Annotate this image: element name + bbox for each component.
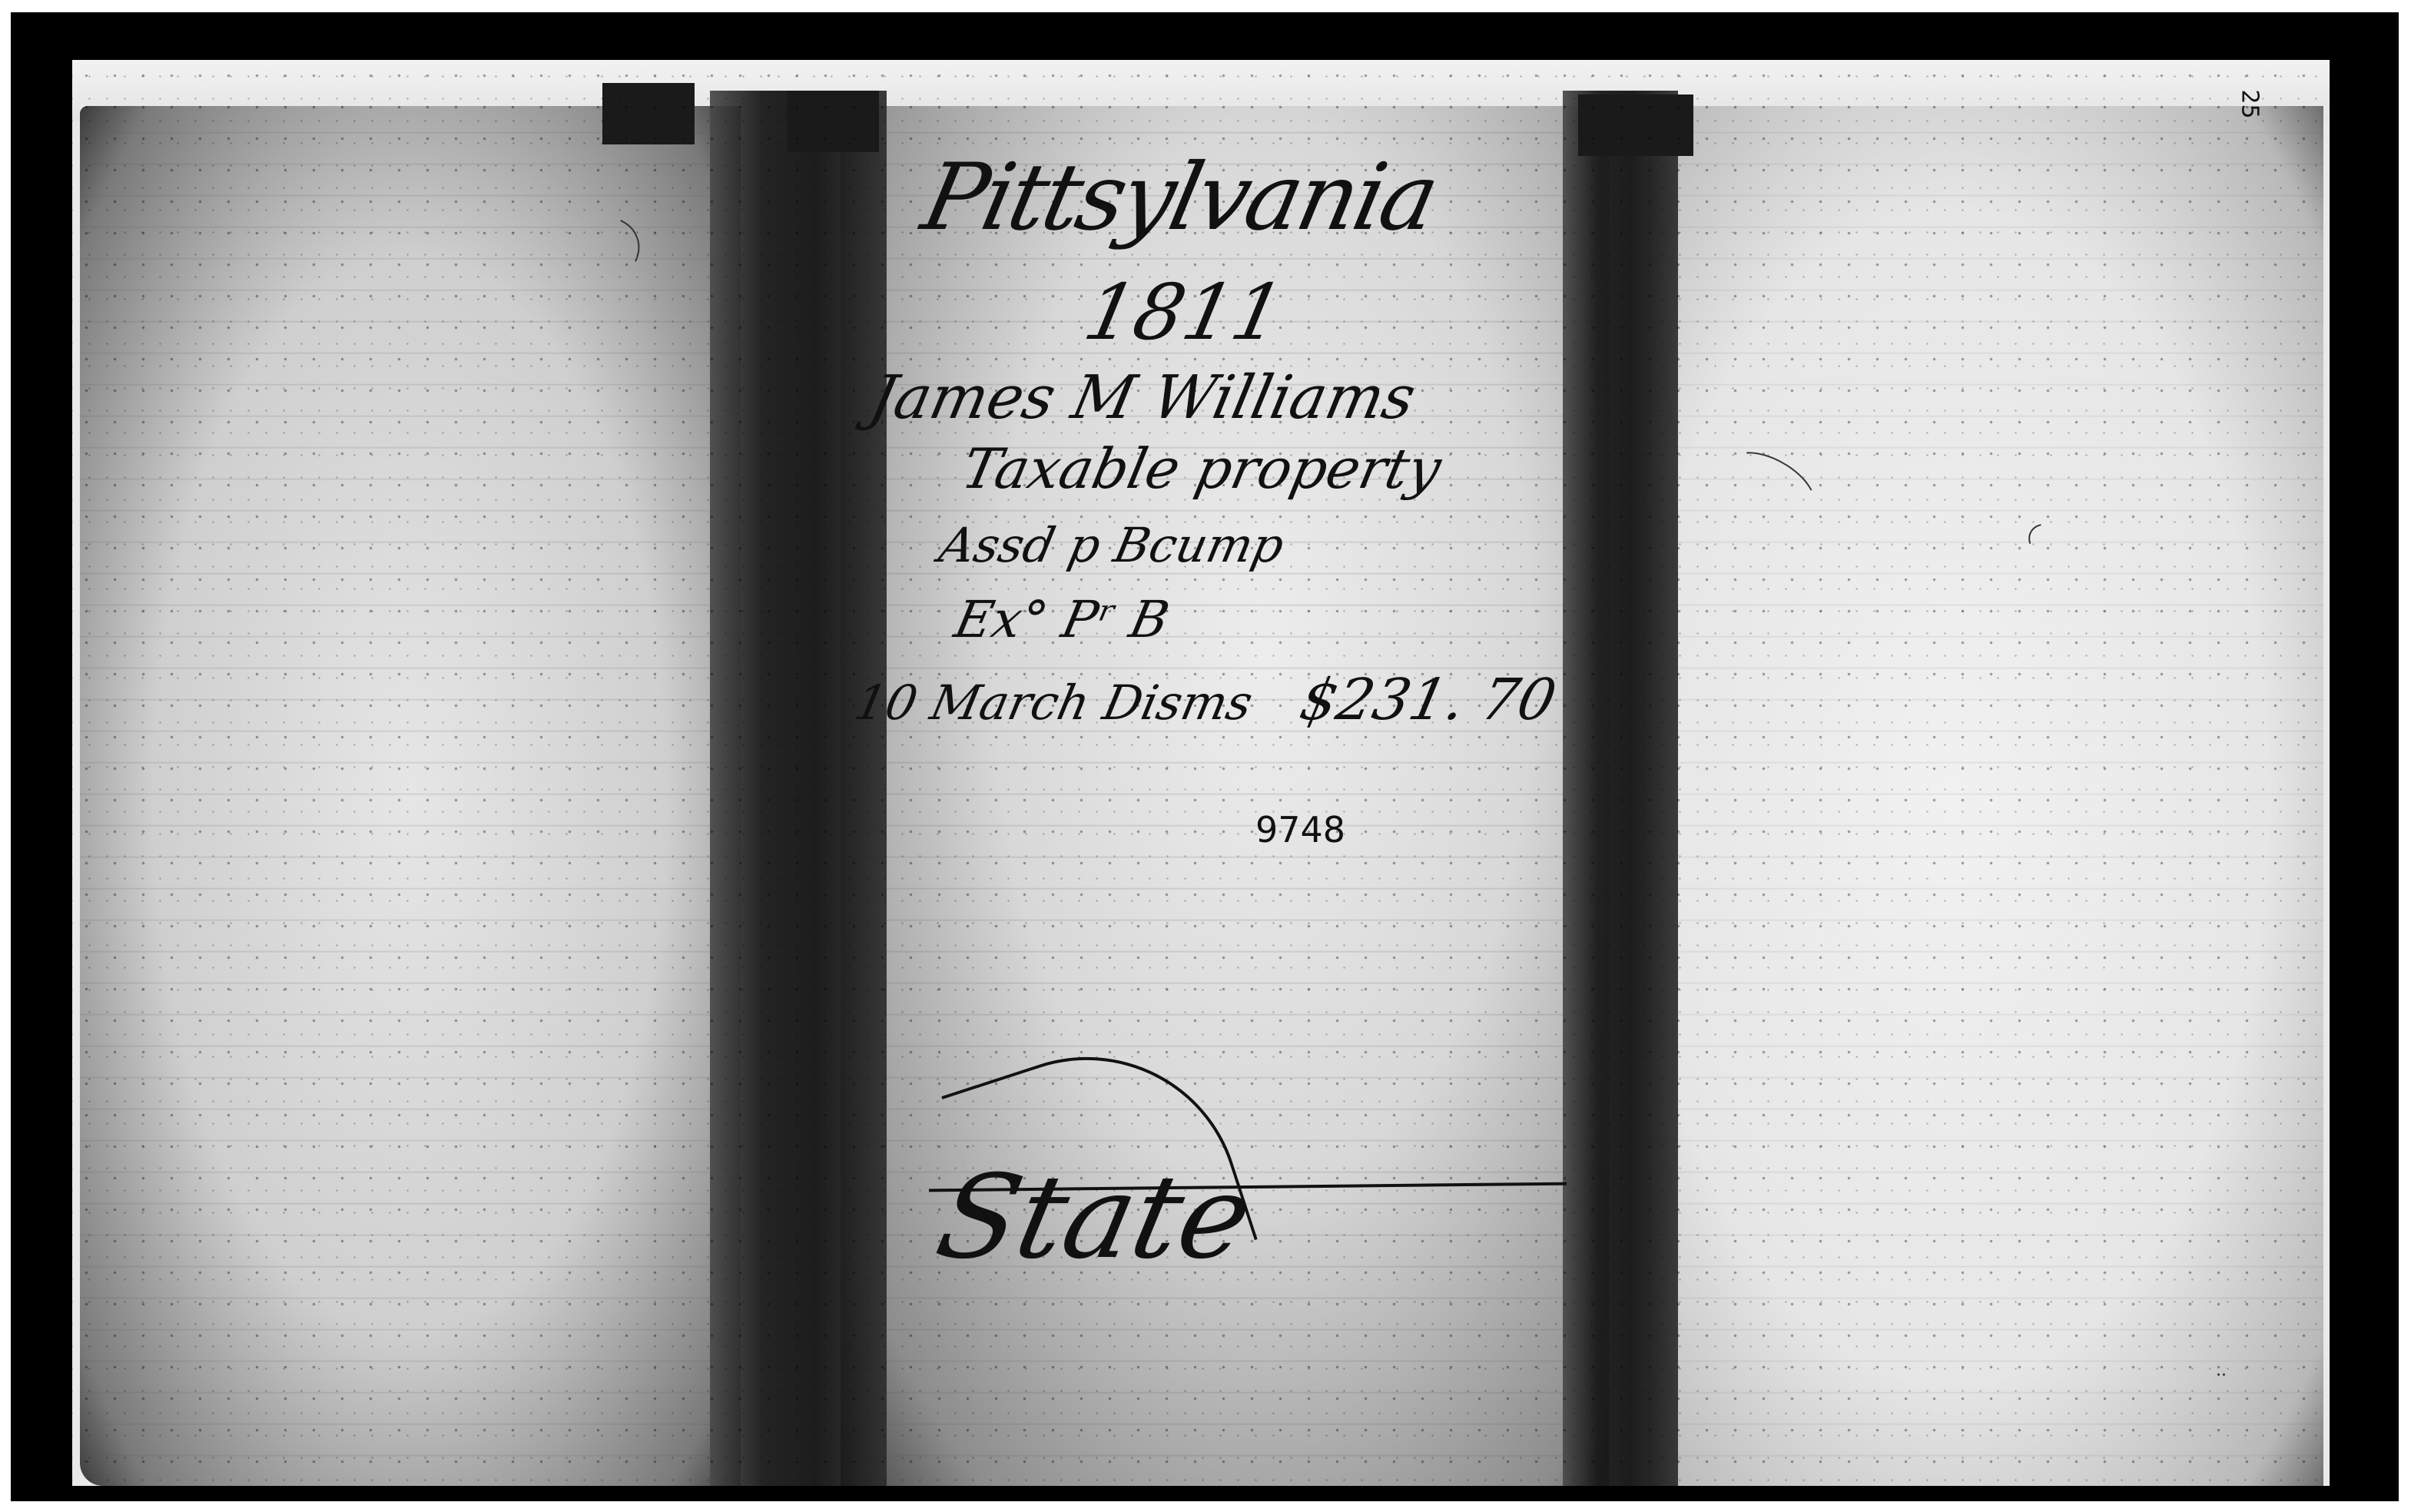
torn-tab bbox=[602, 83, 695, 144]
fold-shadow-right bbox=[1563, 91, 1678, 1486]
county-heading: Pittsylvania bbox=[914, 144, 1444, 251]
right-panel bbox=[1647, 106, 2323, 1486]
state-signature: State bbox=[927, 1151, 1264, 1285]
year-text: 1811 bbox=[1077, 267, 1292, 357]
amount-text: $231. 70 bbox=[1295, 667, 1562, 733]
document-paper: Pittsylvania 1811 James M Williams Taxab… bbox=[72, 60, 2330, 1486]
reference-number: 9748 bbox=[1255, 809, 1345, 850]
assessed-line: Assd p Bcump bbox=[934, 517, 1288, 573]
date-line: 10 March Disms bbox=[850, 675, 1258, 731]
torn-tab bbox=[787, 91, 879, 152]
bottom-ink-mark: ·· bbox=[2216, 1366, 2227, 1385]
subject-text: Taxable property bbox=[957, 436, 1447, 501]
left-panel bbox=[80, 106, 741, 1486]
taxpayer-name: James M Williams bbox=[864, 363, 1421, 433]
scan-frame: Pittsylvania 1811 James M Williams Taxab… bbox=[11, 12, 2399, 1501]
corner-page-mark: 25 bbox=[2237, 89, 2263, 118]
torn-tab bbox=[1578, 94, 1693, 156]
examined-line: Ex° Pʳ B bbox=[950, 590, 1175, 649]
fold-shadow-left bbox=[710, 91, 887, 1486]
